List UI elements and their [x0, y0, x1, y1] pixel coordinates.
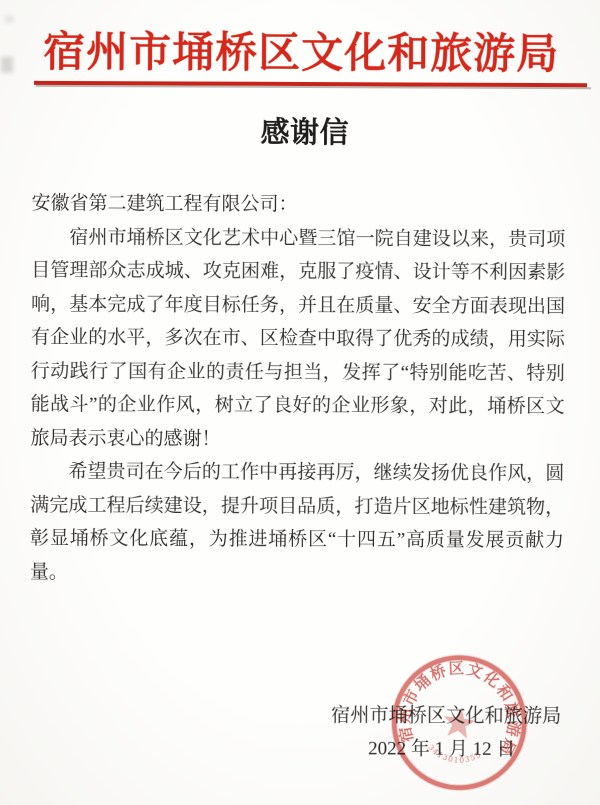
svg-text:3413010355: 3413010355 — [425, 742, 484, 768]
body-paragraph: 希望贵司在今后的工作中再接再厉，继续发扬优良作风，圆满完成工程后续建设，提升项目… — [30, 455, 565, 591]
official-seal-stamp: 宿州市埇桥区文化和旅游局 3413010355 — [380, 643, 539, 802]
body-paragraph: 宿州市埇桥区文化艺术中心暨三馆一院自建设以来，贵司项目管理部众志成城、攻克困难，… — [30, 220, 565, 457]
document-title: 感谢信 — [260, 110, 349, 151]
salutation-line: 安徽省第二建筑工程有限公司： — [31, 187, 565, 223]
svg-text:宿州市埇桥区文化和旅游局: 宿州市埇桥区文化和旅游局 — [392, 650, 531, 762]
seal-arc-text: 宿州市埇桥区文化和旅游局 — [392, 650, 531, 762]
scan-artifact — [1, 57, 13, 73]
scanned-letter-page: 宿州市埇桥区文化和旅游局 感谢信 安徽省第二建筑工程有限公司： 宿州市埇桥区文化… — [0, 0, 600, 805]
seal-code: 3413010355 — [425, 742, 484, 768]
letterhead-title: 宿州市埇桥区文化和旅游局 — [1, 19, 600, 82]
letterhead-rule — [34, 81, 587, 87]
letter-body: 安徽省第二建筑工程有限公司： 宿州市埇桥区文化艺术中心暨三馆一院自建设以来，贵司… — [30, 187, 566, 591]
scan-artifact — [5, 16, 13, 23]
seal-star-icon — [441, 705, 477, 740]
